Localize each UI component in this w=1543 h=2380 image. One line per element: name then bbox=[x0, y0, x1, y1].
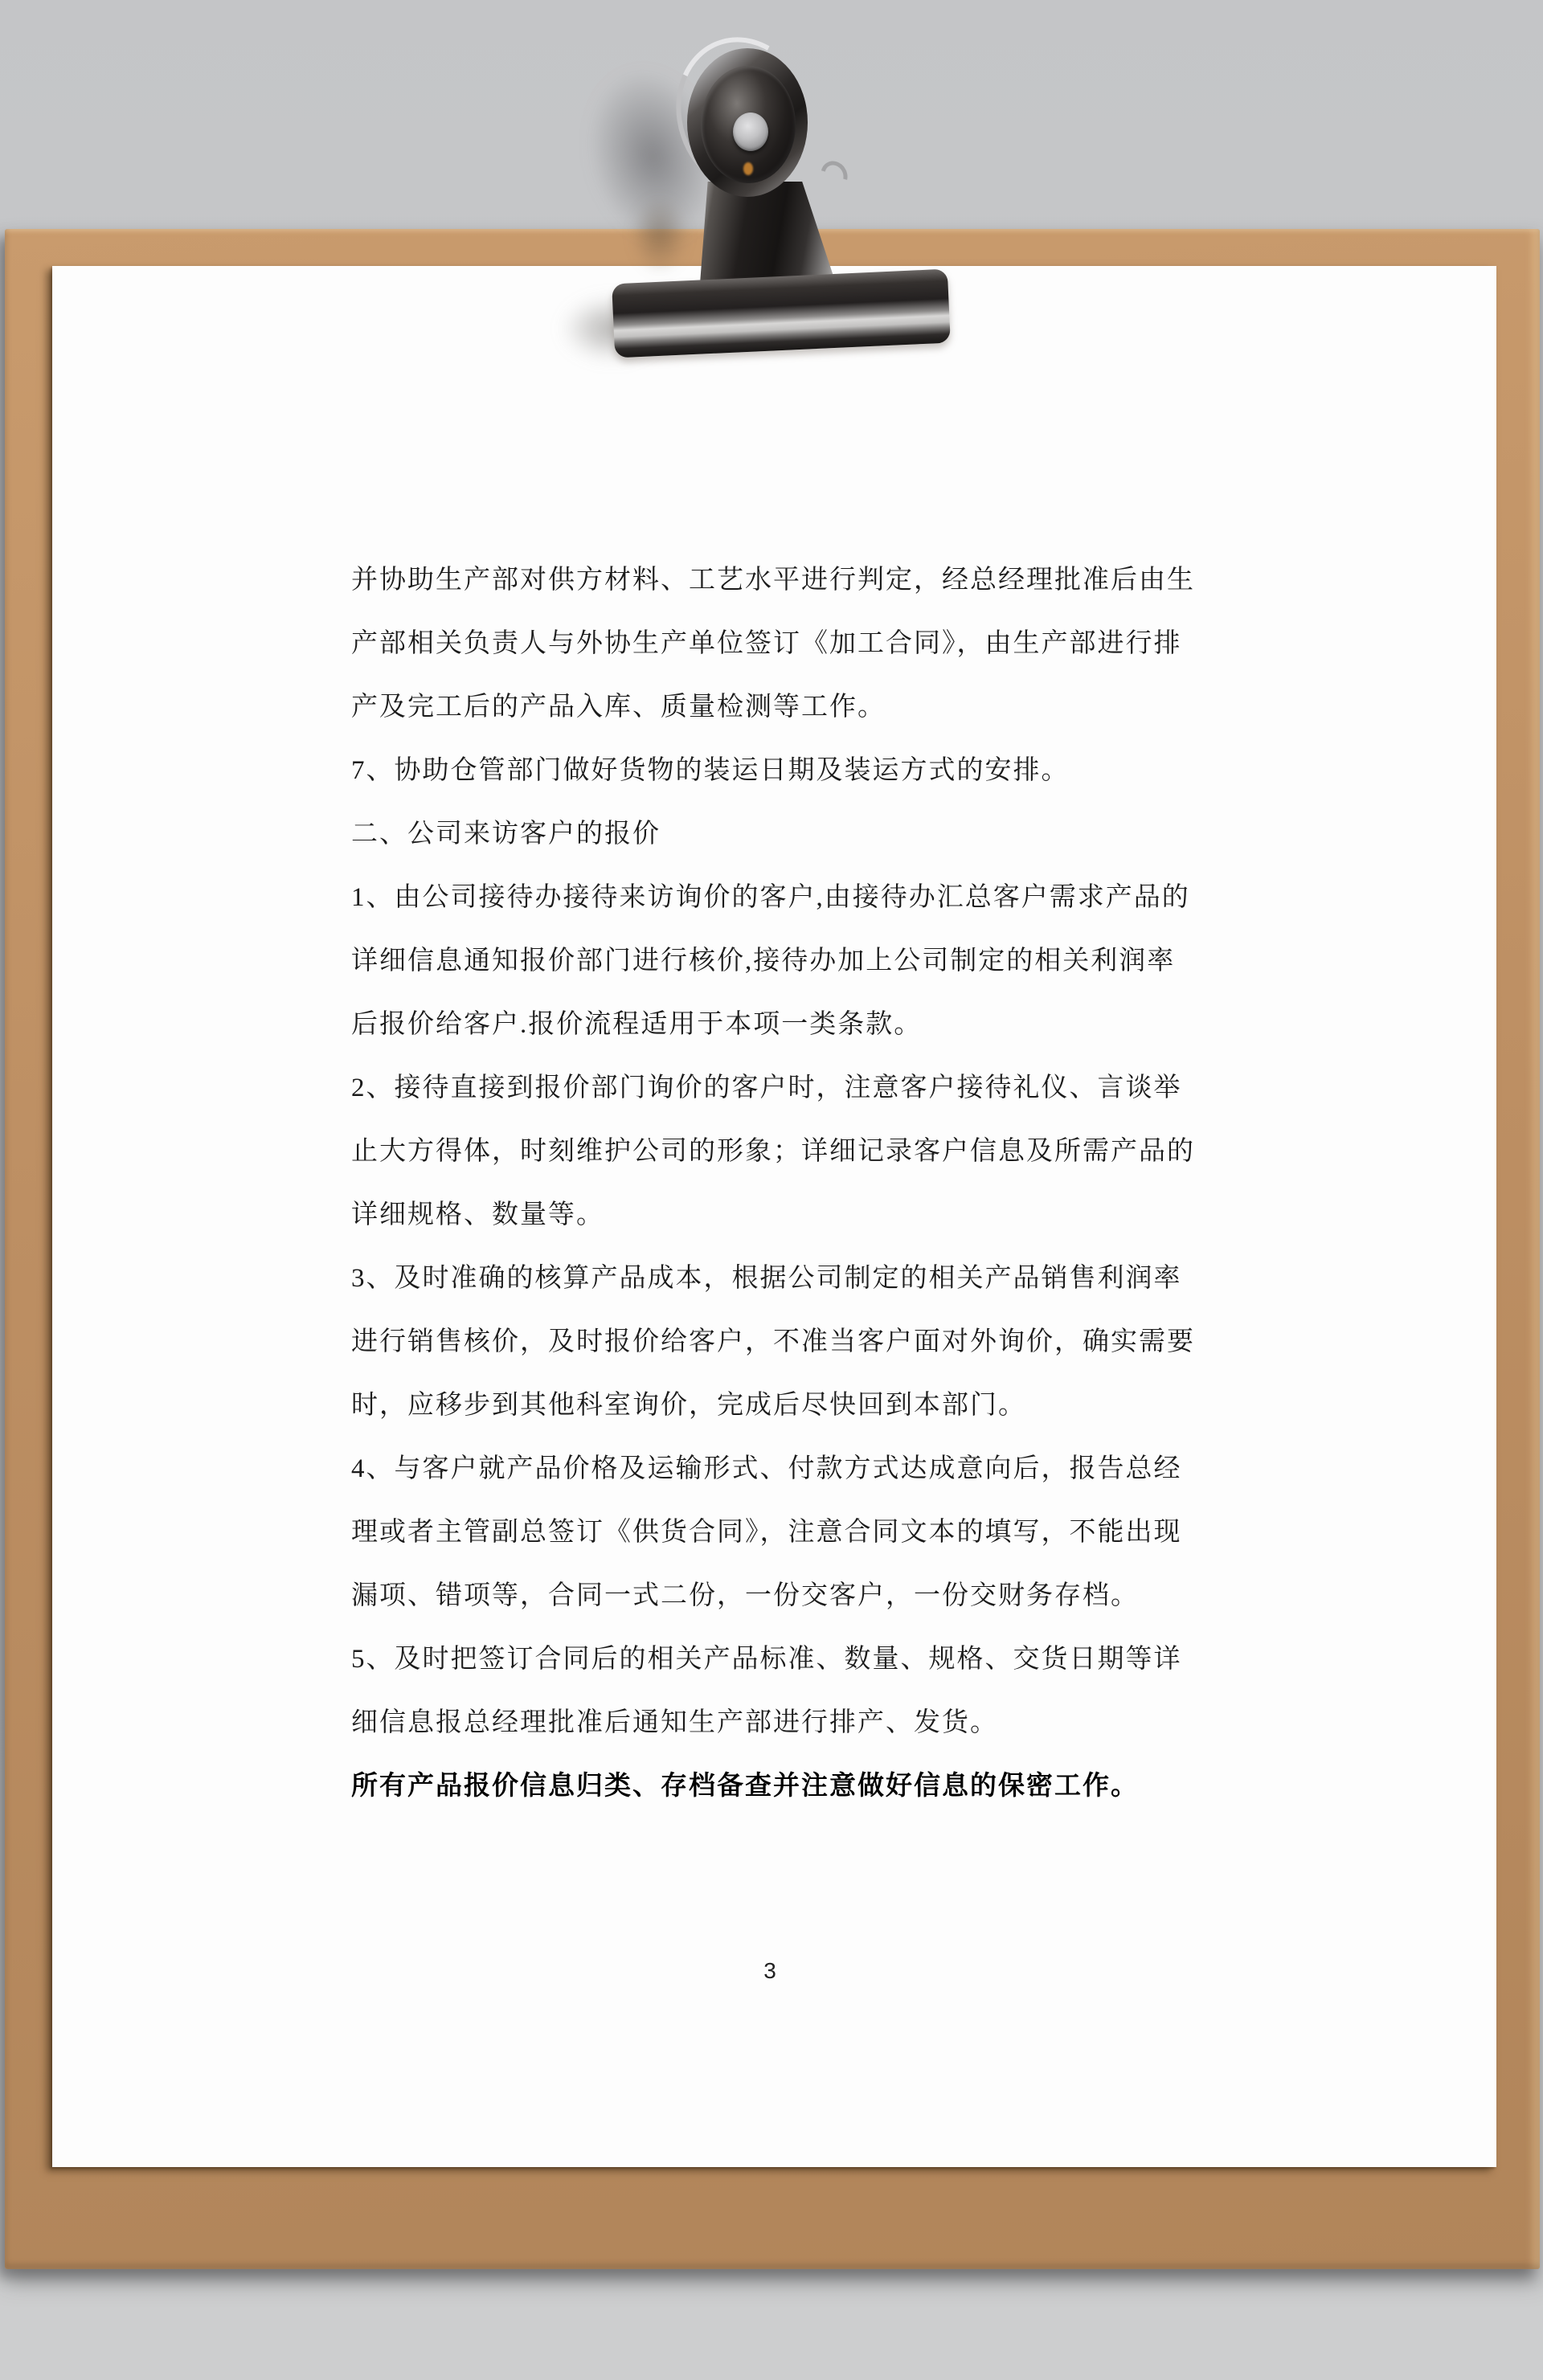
text-line: 5、及时把签订合同后的相关产品标准、数量、规格、交货日期等详 bbox=[351, 1628, 1211, 1691]
clip-stem-shadow bbox=[632, 197, 688, 273]
text-line: 理或者主管副总签订《供货合同》，注意合同文本的填写，不能出现 bbox=[351, 1501, 1211, 1564]
text-line: 二、公司来访客户的报价 bbox=[351, 803, 1211, 866]
text-line: 止大方得体，时刻维护公司的形象；详细记录客户信息及所需产品的 bbox=[351, 1120, 1211, 1184]
text-line: 时，应移步到其他科室询价，完成后尽快回到本部门。 bbox=[351, 1374, 1211, 1437]
text-line: 3、及时准确的核算产品成本，根据公司制定的相关产品销售利润率 bbox=[351, 1247, 1211, 1311]
text-line: 并协助生产部对供方材料、工艺水平进行判定，经总经理批准后由生 bbox=[351, 549, 1211, 612]
text-line: 2、接待直接到报价部门询价的客户时，注意客户接待礼仪、言谈举 bbox=[351, 1057, 1211, 1120]
text-line: 1、由公司接待办接待来访询价的客户,由接待办汇总客户需求产品的 bbox=[351, 866, 1211, 930]
clip-knob-glint bbox=[743, 162, 753, 175]
text-line: 进行销售核价，及时报价给客户，不准当客户面对外询价，确实需要 bbox=[351, 1311, 1211, 1374]
clip-knob-hole bbox=[733, 112, 768, 151]
text-line: 详细规格、数量等。 bbox=[351, 1184, 1211, 1247]
clip-wire-loop bbox=[816, 156, 853, 194]
bulldog-clip-icon bbox=[555, 20, 980, 366]
text-line: 所有产品报价信息归类、存档备查并注意做好信息的保密工作。 bbox=[351, 1755, 1211, 1818]
photo-canvas: { "page": { "background_color": "#c9cacc… bbox=[0, 0, 1543, 2380]
document-body: 并协助生产部对供方材料、工艺水平进行判定，经总经理批准后由生产部相关负责人与外协… bbox=[351, 549, 1211, 1818]
text-line: 产部相关负责人与外协生产单位签订《加工合同》，由生产部进行排 bbox=[351, 612, 1211, 676]
clip-bar bbox=[612, 269, 951, 358]
text-line: 7、协助仓管部门做好货物的装运日期及装运方式的安排。 bbox=[351, 739, 1211, 803]
text-line: 漏项、错项等，合同一式二份，一份交客户，一份交财务存档。 bbox=[351, 1564, 1211, 1628]
text-line: 细信息报总经理批准后通知生产部进行排产、发货。 bbox=[351, 1691, 1211, 1755]
text-line: 后报价给客户.报价流程适用于本项一类条款。 bbox=[351, 993, 1211, 1057]
text-line: 4、与客户就产品价格及运输形式、付款方式达成意向后，报告总经 bbox=[351, 1437, 1211, 1501]
text-line: 产及完工后的产品入库、质量检测等工作。 bbox=[351, 676, 1211, 739]
page-number: 3 bbox=[722, 1958, 818, 1984]
text-line: 详细信息通知报价部门进行核价,接待办加上公司制定的相关利润率 bbox=[351, 930, 1211, 993]
